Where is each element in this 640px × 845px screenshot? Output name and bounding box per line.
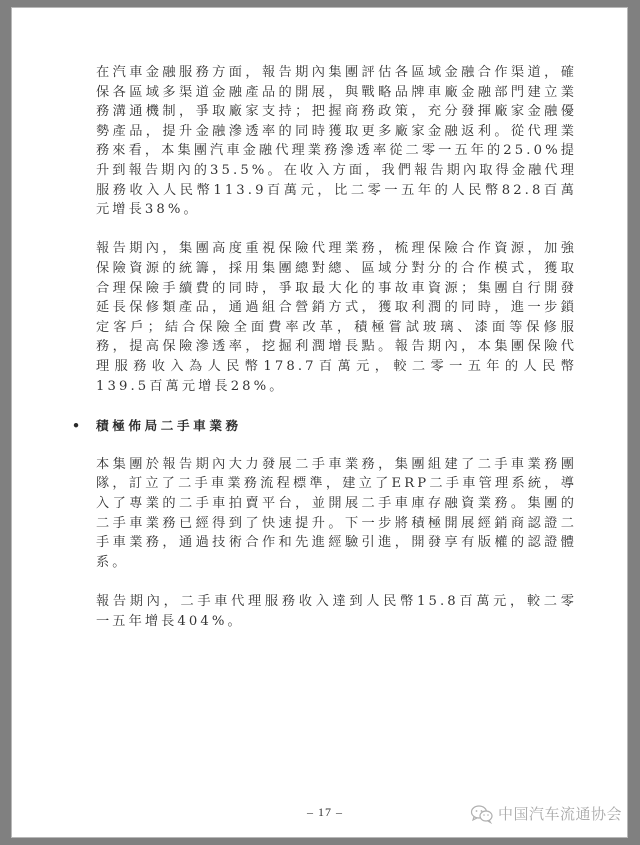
document-page: 在汽車金融服務方面，報告期內集團評估各區域金融合作渠道，確保各區域多渠道金融產品… — [11, 7, 628, 838]
watermark: 中国汽车流通协会 — [470, 803, 622, 824]
paragraph-insurance-agency: 報告期內，集團高度重視保險代理業務，梳理保險合作資源，加強保險資源的統籌，採用集… — [96, 239, 577, 396]
watermark-text: 中国汽车流通协会 — [498, 803, 622, 824]
paragraph-auto-finance: 在汽車金融服務方面，報告期內集團評估各區域金融合作渠道，確保各區域多渠道金融產品… — [96, 63, 577, 220]
section-heading-title: 積極佈局二手車業務 — [96, 418, 242, 433]
paragraph-used-car-revenue: 報告期內，二手車代理服務收入達到人民幣15.8百萬元，較二零一五年增長404%。 — [96, 592, 577, 631]
document-body: 在汽車金融服務方面，報告期內集團評估各區域金融合作渠道，確保各區域多渠道金融產品… — [96, 63, 577, 651]
section-heading-used-cars: • 積極佈局二手車業務 — [96, 416, 577, 436]
bullet-icon: • — [72, 416, 80, 436]
page-number: – 17 – — [307, 805, 343, 820]
paragraph-used-car-business: 本集團於報告期內大力發展二手車業務，集團組建了二手車業務團隊，訂立了二手車業務流… — [96, 455, 577, 573]
wechat-icon — [470, 804, 494, 824]
